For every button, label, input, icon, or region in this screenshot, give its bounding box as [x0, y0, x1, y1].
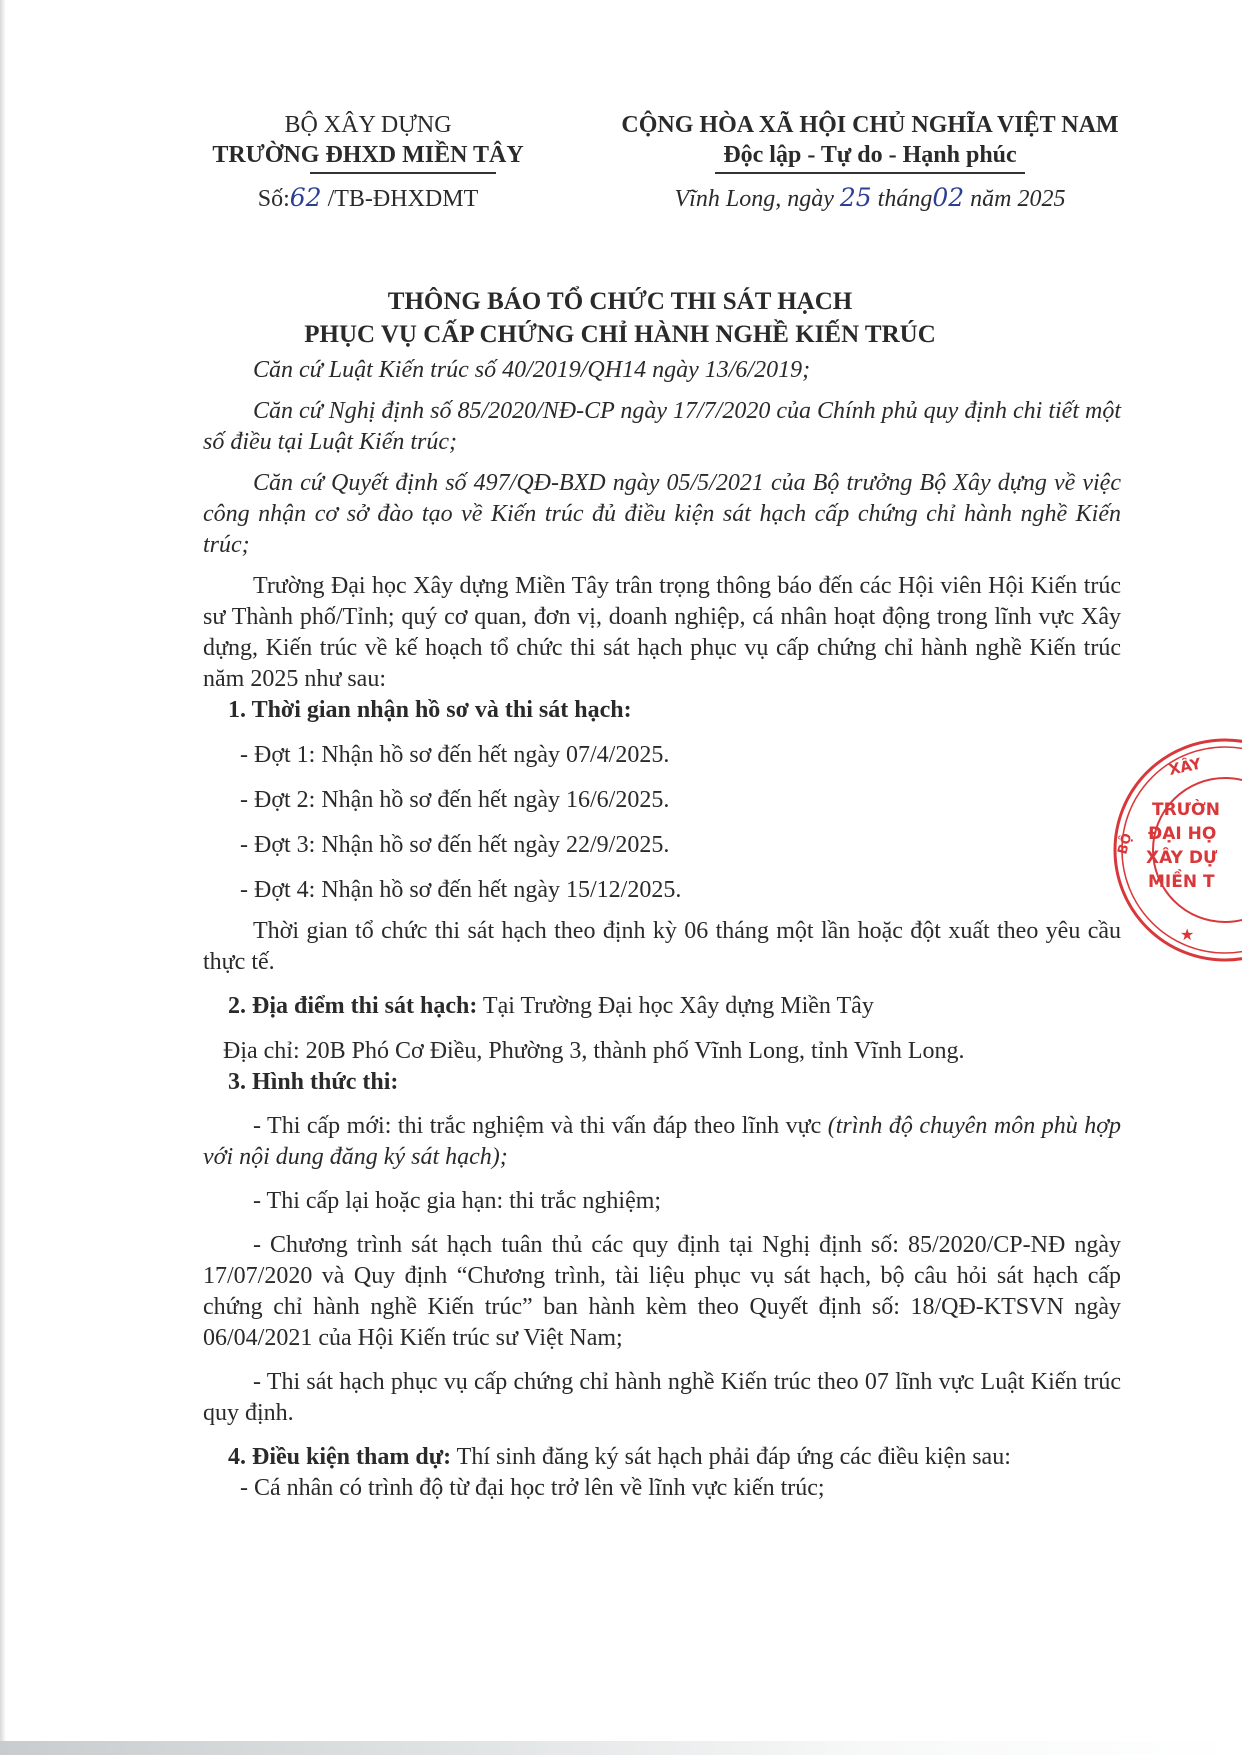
stamp-line-3: XÂY DỰ [1146, 846, 1218, 868]
scan-bottom-shadow [0, 1741, 1242, 1755]
section-4-heading: 4. Điều kiện tham dự: [228, 1444, 451, 1470]
document-body: Căn cứ Luật Kiến trúc số 40/2019/QH14 ng… [203, 355, 1121, 1504]
ministry-name: BỘ XÂY DỰNG [178, 110, 558, 140]
round-1: - Đợt 1: Nhận hồ sơ đến hết ngày 07/4/20… [203, 740, 1121, 771]
stamp-line-4: MIỀN T [1148, 868, 1215, 892]
document-page: BỘ XÂY DỰNG TRƯỜNG ĐHXD MIỀN TÂY Số:62 /… [0, 0, 1242, 1755]
issuer-underline [310, 172, 496, 174]
national-header-block: CỘNG HÒA XÃ HỘI CHỦ NGHĨA VIỆT NAM Độc l… [600, 110, 1140, 215]
round-4: - Đợt 4: Nhận hồ sơ đến hết ngày 15/12/2… [203, 875, 1121, 906]
section-4-item-1: - Cá nhân có trình độ từ đại học trở lên… [203, 1473, 1121, 1504]
stamp-top-text: XÂY [1167, 753, 1204, 779]
doc-number-prefix: Số: [258, 186, 290, 212]
title-line-1: THÔNG BÁO TỔ CHỨC THI SÁT HẠCH [150, 285, 1090, 318]
doc-number-suffix: /TB-ĐHXDMT [328, 186, 479, 212]
round-2: - Đợt 2: Nhận hồ sơ đến hết ngày 16/6/20… [203, 785, 1121, 816]
date-day-handwritten: 25 [840, 183, 872, 212]
issuer-block: BỘ XÂY DỰNG TRƯỜNG ĐHXD MIỀN TÂY Số:62 /… [178, 110, 558, 215]
intro-paragraph: Trường Đại học Xây dựng Miền Tây trân tr… [203, 571, 1121, 695]
section-1-note: Thời gian tổ chức thi sát hạch theo định… [203, 916, 1121, 978]
doc-number-handwritten: 62 [290, 183, 322, 212]
national-motto: Độc lập - Tự do - Hạnh phúc [600, 140, 1140, 170]
legal-basis-1: Căn cứ Luật Kiến trúc số 40/2019/QH14 ng… [203, 355, 1121, 386]
section-4-lead: Thí sinh đăng ký sát hạch phải đáp ứng c… [457, 1444, 1011, 1470]
section-2: 2. Địa điểm thi sát hạch: Tại Trường Đại… [203, 991, 1121, 1022]
round-3: - Đợt 3: Nhận hồ sơ đến hết ngày 22/9/20… [203, 830, 1121, 861]
motto-underline [715, 172, 1025, 174]
document-title: THÔNG BÁO TỔ CHỨC THI SÁT HẠCH PHỤC VỤ C… [150, 285, 1090, 351]
legal-basis-2: Căn cứ Nghị định số 85/2020/NĐ-CP ngày 1… [203, 396, 1121, 458]
stamp-line-2: ĐẠI HỌ [1148, 824, 1216, 844]
date-line: Vĩnh Long, ngày 25 tháng02 năm 2025 [600, 182, 1140, 215]
section-3-item-4: - Thi sát hạch phục vụ cấp chứng chỉ hàn… [203, 1367, 1121, 1429]
scan-edge-shadow [0, 0, 6, 1755]
section-2-heading: 2. Địa điểm thi sát hạch: [228, 993, 477, 1019]
section-4: 4. Điều kiện tham dự: Thí sinh đăng ký s… [203, 1442, 1121, 1473]
document-number: Số:62 /TB-ĐHXDMT [178, 182, 558, 215]
stamp-side-text: BỘ [1114, 832, 1135, 856]
stamp-line-1: TRƯỜN [1152, 798, 1220, 820]
section-2-address: Địa chỉ: 20B Phó Cơ Điều, Phường 3, thàn… [203, 1036, 1121, 1067]
date-year: năm 2025 [970, 186, 1065, 212]
section-3-heading: 3. Hình thức thi: [203, 1067, 1121, 1098]
school-name: TRƯỜNG ĐHXD MIỀN TÂY [178, 140, 558, 170]
official-seal-stamp: XÂY TRƯỜN ĐẠI HỌ XÂY DỰ MIỀN T BỘ ★ [1110, 735, 1242, 965]
legal-basis-3: Căn cứ Quyết định số 497/QĐ-BXD ngày 05/… [203, 468, 1121, 561]
date-month-handwritten: 02 [932, 183, 964, 212]
item-1-text: - Thi cấp mới: thi trắc nghiệm và thi vấ… [253, 1113, 821, 1139]
section-3-item-3: - Chương trình sát hạch tuân thủ các quy… [203, 1230, 1121, 1354]
section-2-location: Tại Trường Đại học Xây dựng Miền Tây [483, 993, 874, 1019]
section-3-item-1: - Thi cấp mới: thi trắc nghiệm và thi vấ… [203, 1111, 1121, 1173]
republic-name: CỘNG HÒA XÃ HỘI CHỦ NGHĨA VIỆT NAM [600, 110, 1140, 140]
date-month-label: tháng [878, 186, 933, 212]
section-3-item-2: - Thi cấp lại hoặc gia hạn: thi trắc ngh… [203, 1186, 1121, 1217]
date-place: Vĩnh Long, ngày [675, 186, 834, 212]
section-1-heading: 1. Thời gian nhận hồ sơ và thi sát hạch: [203, 695, 1121, 726]
stamp-star-icon: ★ [1180, 925, 1194, 944]
title-line-2: PHỤC VỤ CẤP CHỨNG CHỈ HÀNH NGHỀ KIẾN TRÚ… [150, 318, 1090, 351]
